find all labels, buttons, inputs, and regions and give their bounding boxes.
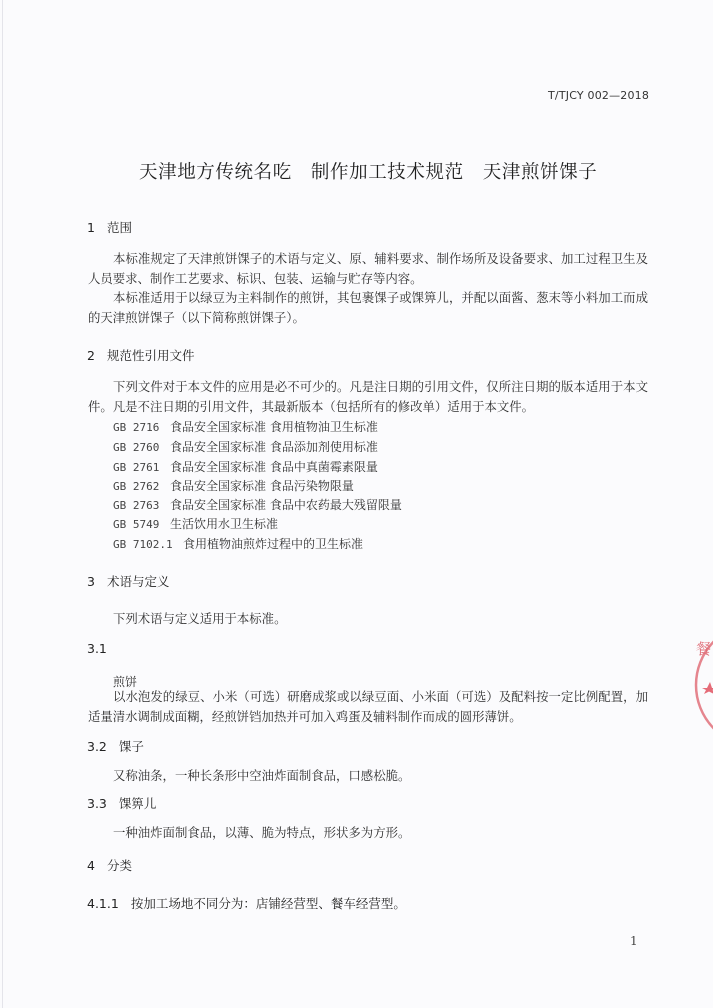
section-title: 规范性引用文件 xyxy=(107,348,195,363)
reference-title: 食品安全国家标准 食品添加剂使用标准 xyxy=(170,440,378,454)
reference-title: 食用植物油煎炸过程中的卫生标准 xyxy=(183,537,363,551)
term-number: 3.2 xyxy=(87,739,107,754)
reference-item: GB 5749生活饮用水卫生标准 xyxy=(113,515,278,532)
reference-title: 食品安全国家标准 食品污染物限量 xyxy=(170,479,354,493)
stamp-char: 餐 xyxy=(696,640,711,658)
scope-paragraph-2: 本标准适用于以绿豆为主料制作的煎饼，其包裹馃子或馃箅儿，并配以面酱、葱末等小料加… xyxy=(88,288,648,327)
terms-intro: 下列术语与定义适用于本标准。 xyxy=(113,609,286,627)
page-number: 1 xyxy=(630,934,638,948)
term-definition: 一种油炸面制食品，以薄、脆为特点，形状多为方形。 xyxy=(113,823,410,841)
scan-edge xyxy=(2,0,3,1008)
reference-item: GB 2761食品安全国家标准 食品中真菌霉素限量 xyxy=(113,458,378,475)
references-intro: 下列文件对于本文件的应用是必不可少的。凡是注日期的引用文件，仅所注日期的版本适用… xyxy=(88,377,648,416)
reference-code: GB 2762 xyxy=(113,480,170,493)
section-number: 4 xyxy=(87,858,95,873)
document-page: T/TJCY 002—2018 天津地方传统名吃 制作加工技术规范 天津煎饼馃子… xyxy=(0,0,713,1008)
reference-item: GB 2760食品安全国家标准 食品添加剂使用标准 xyxy=(113,438,378,455)
section-title: 范围 xyxy=(107,220,132,235)
section-title: 术语与定义 xyxy=(107,574,170,589)
section-title: 分类 xyxy=(107,858,132,873)
section-heading-3: 3术语与定义 xyxy=(87,572,169,590)
reference-item: GB 2716食品安全国家标准 食用植物油卫生标准 xyxy=(113,418,378,435)
clause-number: 4.1.1 xyxy=(87,896,119,911)
term-definition: 以水泡发的绿豆、小米（可选）研磨成浆或以绿豆面、小米面（可选）及配料按一定比例配… xyxy=(88,687,648,726)
section-heading-4: 4分类 xyxy=(87,856,132,874)
reference-code: GB 2760 xyxy=(113,441,170,454)
term-name: 馃子 xyxy=(119,739,144,754)
reference-code: GB 2761 xyxy=(113,461,170,474)
reference-title: 生活饮用水卫生标准 xyxy=(170,517,278,531)
clause-text: 按加工场地不同分为：店铺经营型、餐车经营型。 xyxy=(131,896,406,911)
term-heading: 3.3馃箅儿 xyxy=(87,794,156,812)
reference-code: GB 2716 xyxy=(113,421,170,434)
document-title: 天津地方传统名吃 制作加工技术规范 天津煎饼馃子 xyxy=(139,158,609,184)
reference-title: 食品安全国家标准 食用植物油卫生标准 xyxy=(170,420,378,434)
section-number: 2 xyxy=(87,348,95,363)
section-heading-2: 2规范性引用文件 xyxy=(87,346,194,364)
section-number: 1 xyxy=(87,220,95,235)
document-code: T/TJCY 002—2018 xyxy=(548,89,649,102)
term-heading: 3.2馃子 xyxy=(87,737,144,755)
reference-item: GB 7102.1食用植物油煎炸过程中的卫生标准 xyxy=(113,535,363,552)
section-heading-1: 1范围 xyxy=(87,218,132,236)
reference-code: GB 5749 xyxy=(113,518,170,531)
clause: 4.1.1按加工场地不同分为：店铺经营型、餐车经营型。 xyxy=(87,894,406,912)
term-definition: 又称油条，一种长条形中空油炸面制食品，口感松脆。 xyxy=(113,766,410,784)
reference-item: GB 2762食品安全国家标准 食品污染物限量 xyxy=(113,477,354,494)
term-number: 3.1 xyxy=(87,641,107,656)
section-number: 3 xyxy=(87,574,95,589)
scope-paragraph-1: 本标准规定了天津煎饼馃子的术语与定义、原、辅料要求、制作场所及设备要求、加工过程… xyxy=(88,249,648,288)
term-name: 馃箅儿 xyxy=(119,796,157,811)
reference-title: 食品安全国家标准 食品中农药最大残留限量 xyxy=(170,498,402,512)
term-number: 3.3 xyxy=(87,796,107,811)
reference-code: GB 7102.1 xyxy=(113,538,183,551)
reference-title: 食品安全国家标准 食品中真菌霉素限量 xyxy=(170,460,378,474)
reference-code: GB 2763 xyxy=(113,499,170,512)
red-seal-stamp: 餐 xyxy=(690,610,713,760)
reference-item: GB 2763食品安全国家标准 食品中农药最大残留限量 xyxy=(113,496,402,513)
